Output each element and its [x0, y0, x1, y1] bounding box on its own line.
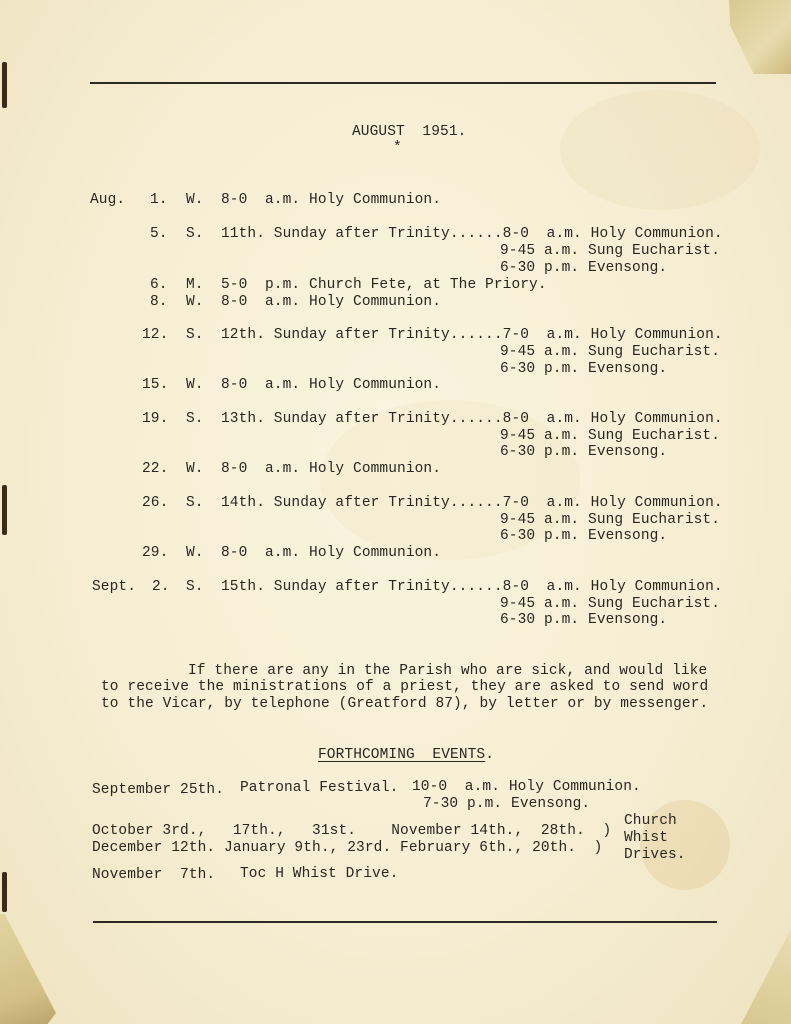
service-text: 15th. Sunday after Trinity......8-0 a.m.… — [221, 579, 723, 596]
service-text: 8-0 a.m. Holy Communion. — [221, 545, 441, 562]
event-name: Patronal Festival. — [240, 780, 398, 797]
day-number: 15. — [142, 377, 168, 394]
service-extra: 9-45 a.m. Sung Eucharist. — [500, 428, 720, 445]
staple-mark — [2, 62, 7, 108]
weekday: W. — [186, 461, 204, 478]
service-text: 13th. Sunday after Trinity......8-0 a.m.… — [221, 411, 723, 428]
day-number: 19. — [142, 411, 168, 428]
service-text: 8-0 a.m. Holy Communion. — [221, 377, 441, 394]
service-text: 8-0 a.m. Holy Communion. — [221, 294, 441, 311]
service-text: 12th. Sunday after Trinity......7-0 a.m.… — [221, 327, 723, 344]
service-extra: 9-45 a.m. Sung Eucharist. — [500, 344, 720, 361]
paper-stain — [560, 90, 760, 210]
day-number: 8. — [150, 294, 168, 311]
whist-label: Whist — [624, 830, 668, 847]
service-extra: 6-30 p.m. Evensong. — [500, 361, 667, 378]
document-page: AUGUST 1951. * Aug. 1. W. 8-0 a.m. Holy … — [0, 0, 791, 1024]
weekday: W. — [186, 294, 204, 311]
folded-corner-bottom-left — [0, 914, 56, 1024]
day-number: 1. — [150, 192, 168, 209]
service-text: 14th. Sunday after Trinity......7-0 a.m.… — [221, 495, 723, 512]
service-extra: 9-45 a.m. Sung Eucharist. — [500, 243, 720, 260]
weekday: W. — [186, 192, 204, 209]
weekday: W. — [186, 545, 204, 562]
weekday: S. — [186, 327, 204, 344]
folded-corner-top-right — [729, 0, 791, 74]
service-extra: 6-30 p.m. Evensong. — [500, 444, 667, 461]
staple-mark — [2, 485, 7, 535]
service-text: 11th. Sunday after Trinity......8-0 a.m.… — [221, 226, 723, 243]
day-number: 26. — [142, 495, 168, 512]
notice-line: to receive the ministrations of a priest… — [101, 679, 708, 696]
weekday: S. — [186, 495, 204, 512]
service-extra: 9-45 a.m. Sung Eucharist. — [500, 596, 720, 613]
day-number: 22. — [142, 461, 168, 478]
service-extra: 6-30 p.m. Evensong. — [500, 260, 667, 277]
staple-mark — [2, 872, 7, 912]
service-text: 8-0 a.m. Holy Communion. — [221, 192, 441, 209]
weekday: S. — [186, 226, 204, 243]
day-number: 12. — [142, 327, 168, 344]
month-label: Sept. — [92, 579, 136, 596]
day-number: 2. — [152, 579, 170, 596]
service-text: 8-0 a.m. Holy Communion. — [221, 461, 441, 478]
bottom-rule — [93, 921, 717, 923]
whist-label: Drives. — [624, 847, 686, 864]
service-extra: 6-30 p.m. Evensong. — [500, 528, 667, 545]
weekday: W. — [186, 377, 204, 394]
service-text: 5-0 p.m. Church Fete, at The Priory. — [221, 277, 547, 294]
title-ornament: * — [393, 140, 402, 157]
event-date: September 25th. — [92, 782, 224, 799]
day-number: 29. — [142, 545, 168, 562]
weekday: S. — [186, 411, 204, 428]
whist-label: Church — [624, 813, 677, 830]
whist-dates-line: December 12th. January 9th., 23rd. Febru… — [92, 840, 602, 857]
month-label: Aug. — [90, 192, 125, 209]
top-rule — [90, 82, 716, 84]
weekday: M. — [186, 277, 204, 294]
page-title: AUGUST 1951. — [352, 124, 466, 141]
day-number: 5. — [150, 226, 168, 243]
event-service: 10-0 a.m. Holy Communion. — [412, 779, 641, 796]
notice-line: to the Vicar, by telephone (Greatford 87… — [101, 696, 708, 713]
event-name: Toc H Whist Drive. — [240, 866, 398, 883]
service-extra: 9-45 a.m. Sung Eucharist. — [500, 512, 720, 529]
event-date: November 7th. — [92, 867, 215, 884]
folded-corner-bottom-right — [741, 929, 791, 1024]
whist-dates-line: October 3rd., 17th., 31st. November 14th… — [92, 823, 611, 840]
event-service: 7-30 p.m. Evensong. — [423, 796, 590, 813]
notice-line: If there are any in the Parish who are s… — [188, 663, 707, 680]
weekday: S. — [186, 579, 204, 596]
service-extra: 6-30 p.m. Evensong. — [500, 612, 667, 629]
day-number: 6. — [150, 277, 168, 294]
events-heading-period: . — [485, 747, 494, 763]
events-heading: FORTHCOMING EVENTS. — [318, 747, 494, 764]
events-heading-text: FORTHCOMING EVENTS — [318, 747, 485, 763]
